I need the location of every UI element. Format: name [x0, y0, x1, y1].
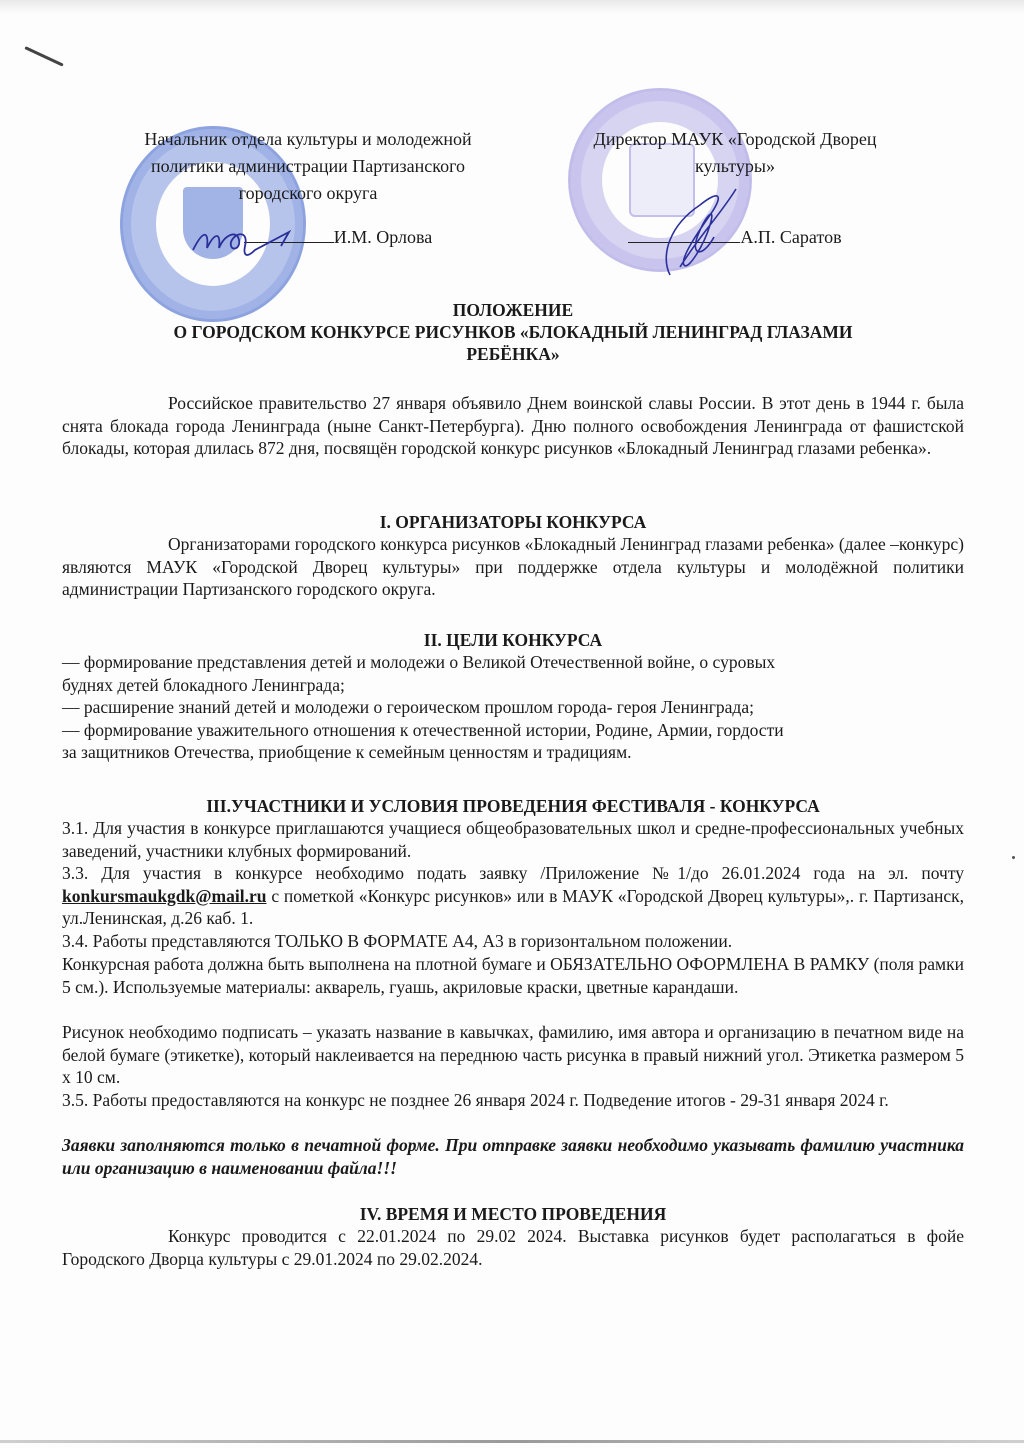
clause-3-1: 3.1. Для участия в конкурсе приглашаются… — [62, 817, 964, 862]
approval-left: Начальник отдела культуры и молодежной п… — [108, 126, 508, 251]
document-title: ПОЛОЖЕНИЕ О ГОРОДСКОМ КОНКУРСЕ РИСУНКОВ … — [62, 299, 964, 365]
intro-paragraph: Российское правительство 27 января объяв… — [62, 392, 964, 460]
section-heading-participants: III.УЧАСТНИКИ И УСЛОВИЯ ПРОВЕДЕНИЯ ФЕСТИ… — [62, 795, 964, 817]
goal-item: буднях детей блокадного Ленинграда; — [62, 674, 964, 697]
section-heading-organizers: I. ОРГАНИЗАТОРЫ КОНКУРСА — [62, 511, 964, 533]
goals-list: — формирование представления детей и мол… — [62, 651, 964, 764]
clause-3-4-label: Рисунок необходимо подписать – указать н… — [62, 1021, 964, 1089]
contest-email-link[interactable]: konkursmaukgdk@mail.ru — [62, 886, 266, 906]
signatory-name: А.П. Саратов — [740, 227, 841, 247]
position-line: Директор МАУК «Городской Дворец — [555, 126, 915, 153]
clause-3-4-requirements: Конкурсная работа должна быть выполнена … — [62, 953, 964, 998]
scan-speck — [1012, 856, 1015, 859]
approval-right: Директор МАУК «Городской Дворец культуры… — [555, 126, 915, 251]
section-heading-time-place: IV. ВРЕМЯ И МЕСТО ПРОВЕДЕНИЯ — [62, 1203, 964, 1225]
clause-3-4: 3.4. Работы представляются ТОЛЬКО В ФОРМ… — [62, 930, 964, 953]
clause-3-3-text: 3.3. Для участия в конкурсе необходимо п… — [62, 863, 964, 883]
signature-line — [628, 224, 740, 243]
title-line: ПОЛОЖЕНИЕ — [62, 299, 964, 321]
section-heading-goals: II. ЦЕЛИ КОНКУРСА — [62, 629, 964, 651]
signature-line — [244, 224, 334, 243]
goal-item: — формирование представления детей и мол… — [62, 651, 964, 674]
organizers-paragraph: Организаторами городского конкурса рисун… — [62, 533, 964, 601]
scan-bottom-edge — [0, 1440, 1024, 1443]
clause-3-3: 3.3. Для участия в конкурсе необходимо п… — [62, 862, 964, 930]
position-line: культуры» — [555, 153, 915, 180]
time-place-paragraph: Конкурс проводится с 22.01.2024 по 29.02… — [62, 1225, 964, 1270]
submission-note: Заявки заполняются только в печатной фор… — [62, 1134, 964, 1179]
pen-stroke-mark — [24, 46, 63, 66]
signatory-name: И.М. Орлова — [334, 227, 433, 247]
goal-item: — формирование уважительного отношения к… — [62, 719, 964, 742]
clause-3-5: 3.5. Работы предоставляются на конкурс н… — [62, 1089, 964, 1112]
goal-item: — расширение знаний детей и молодежи о г… — [62, 696, 964, 719]
goal-item: за защитников Отечества, приобщение к се… — [62, 741, 964, 764]
title-line: РЕБЁНКА» — [62, 343, 964, 365]
title-line: О ГОРОДСКОМ КОНКУРСЕ РИСУНКОВ «БЛОКАДНЫЙ… — [62, 321, 964, 343]
position-line: политики администрации Партизанского — [108, 153, 508, 180]
position-line: Начальник отдела культуры и молодежной — [108, 126, 508, 153]
position-line: городского округа — [108, 180, 508, 207]
scan-top-shadow — [0, 0, 1024, 14]
